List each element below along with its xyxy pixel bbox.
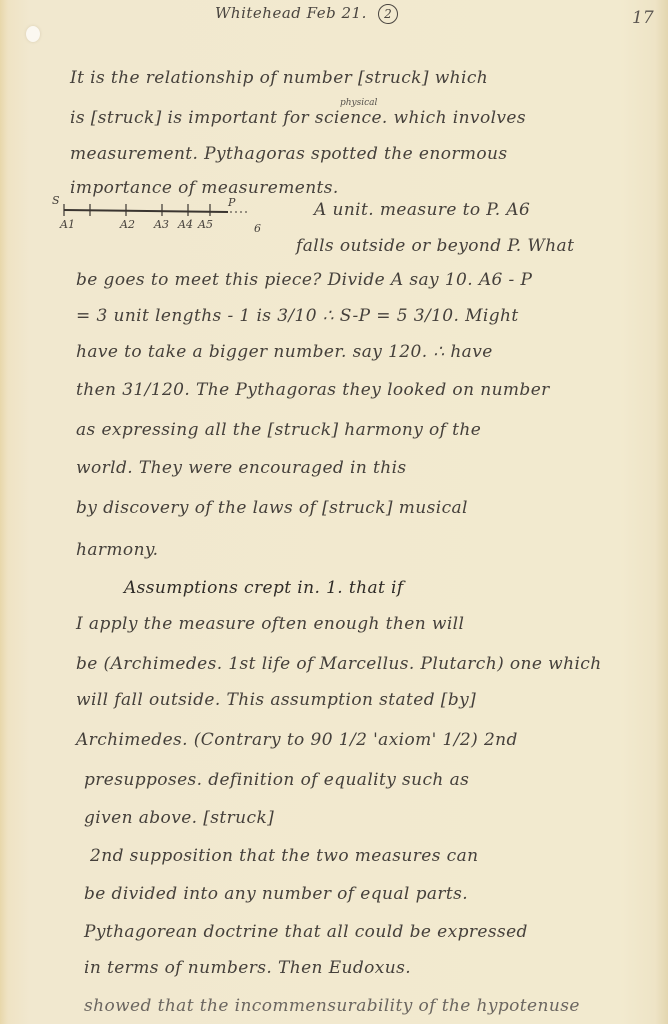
text-line: given above. [struck] (84, 808, 274, 828)
text-line: It is the relationship of number [struck… (70, 68, 488, 88)
text-line: Assumptions crept in. 1. that if (124, 578, 404, 598)
text-line: importance of measurements. (70, 178, 339, 198)
text-line: then 31/120. The Pythagoras they looked … (76, 380, 550, 400)
text-line: have to take a bigger number. say 120. ∴… (76, 342, 493, 362)
text-line: Pythagorean doctrine that all could be e… (84, 922, 528, 942)
text-line: by discovery of the laws of [struck] mus… (76, 498, 468, 518)
text-line: Archimedes. (Contrary to 90 1/2 'axiom' … (76, 730, 518, 750)
circled-number: 2 (378, 4, 398, 24)
text-line: = 3 unit lengths - 1 is 3/10 ∴ S-P = 5 3… (76, 306, 519, 326)
text-line: world. They were encouraged in this (76, 458, 407, 478)
text-line: be goes to meet this piece? Divide A say… (76, 270, 532, 290)
text-line: showed that the incommensurability of th… (84, 996, 580, 1016)
punch-hole (26, 26, 40, 42)
tick-label: A1 (60, 218, 75, 231)
text-line: be divided into any number of equal part… (84, 884, 468, 904)
manuscript-page: Whitehead Feb 21. 2 17 It is the relatio… (0, 0, 668, 1024)
lecture-date: Feb 21. (307, 4, 367, 22)
tick-label: A4 (178, 218, 193, 231)
text-line: harmony. (76, 540, 158, 560)
tick-label: A2 (120, 218, 135, 231)
text-line: measurement. Pythagoras spotted the enor… (70, 144, 508, 164)
text-line: 2nd supposition that the two measures ca… (90, 846, 478, 866)
text-line: will fall outside. This assumption state… (76, 690, 476, 710)
text-line: I apply the measure often enough then wi… (76, 614, 464, 634)
page-number: 17 (632, 8, 654, 28)
text-line: A unit. measure to P. A6 (314, 200, 530, 220)
label-p: P (228, 196, 235, 209)
insertion-note: physical (340, 98, 377, 108)
text-line: presupposes. definition of equality such… (84, 770, 469, 790)
tick-label: A5 (198, 218, 213, 231)
measurement-diagram: S P A1 A2 A3 A4 A5 6 (58, 198, 258, 242)
text-line: be (Archimedes. 1st life of Marcellus. P… (76, 654, 602, 674)
label-s: S (52, 194, 60, 207)
text-line: as expressing all the [struck] harmony o… (76, 420, 481, 440)
text-line: in terms of numbers. Then Eudoxus. (84, 958, 411, 978)
tick-label: 6 (254, 222, 261, 235)
tick-label: A3 (154, 218, 169, 231)
text-line: is [struck] is important for science. wh… (70, 108, 526, 128)
author-name: Whitehead (215, 4, 301, 22)
page-header: Whitehead Feb 21. 2 (215, 4, 398, 24)
text-line: falls outside or beyond P. What (296, 236, 574, 256)
